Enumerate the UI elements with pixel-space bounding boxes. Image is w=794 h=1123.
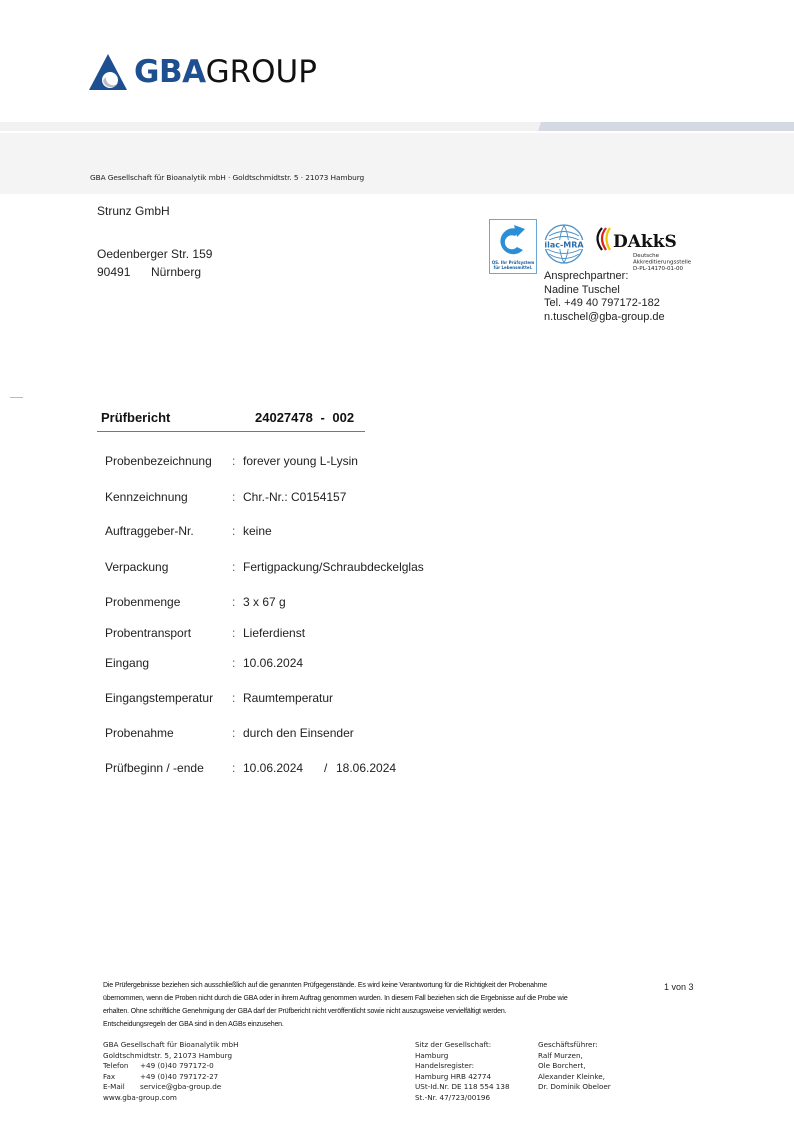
- date-separator: /: [324, 761, 327, 775]
- gba-triangle-icon: [88, 53, 128, 91]
- svg-text:D-PL-14170-01-00: D-PL-14170-01-00: [633, 266, 683, 272]
- footer-seat: Hamburg: [415, 1051, 510, 1062]
- report-number: 24027478 - 002: [255, 410, 354, 425]
- detail-label: Probenahme: [105, 726, 174, 740]
- detail-label: Auftraggeber-Nr.: [105, 524, 194, 538]
- ilac-globe-icon: ilac-MRA: [543, 223, 585, 265]
- detail-colon: :: [232, 761, 235, 775]
- footer-phone: +49 (0)40 797172-0: [140, 1061, 214, 1070]
- disclaimer-line: Entscheidungsregeln der GBA sind in den …: [103, 1021, 284, 1028]
- footer-director: Alexander Kleinke,: [538, 1072, 611, 1083]
- report-title: Prüfbericht: [101, 410, 170, 425]
- detail-value: durch den Einsender: [243, 726, 354, 740]
- footer-company: GBA Gesellschaft für Bioanalytik mbH: [103, 1040, 239, 1051]
- footer-registration-block: Sitz der Gesellschaft: Hamburg Handelsre…: [415, 1040, 510, 1103]
- recipient-zip: 90491: [97, 265, 130, 279]
- footer-fax: +49 (0)40 797172-27: [140, 1072, 218, 1081]
- detail-value: 3 x 67 g: [243, 595, 286, 609]
- detail-label: Prüfbeginn / -ende: [105, 761, 204, 775]
- svg-text:Deutsche: Deutsche: [633, 253, 660, 259]
- page-indicator: 1 von 3: [664, 982, 694, 992]
- footer-director: Ole Borchert,: [538, 1061, 611, 1072]
- recipient-company: Strunz GmbH: [97, 204, 170, 218]
- contact-email[interactable]: n.tuschel@gba-group.de: [544, 311, 665, 323]
- footer-fax-label: Fax: [103, 1072, 140, 1083]
- contact-label: Ansprechpartner:: [544, 270, 628, 282]
- detail-colon: :: [232, 524, 235, 538]
- report-title-divider: [97, 431, 365, 432]
- detail-label: Eingang: [105, 656, 149, 670]
- footer-website[interactable]: www.gba-group.com: [103, 1093, 239, 1104]
- footer-email[interactable]: service@gba-group.de: [140, 1082, 221, 1091]
- dakks-arcs-icon: DAkkS Deutsche Akkreditierungsstelle D-P…: [593, 224, 698, 272]
- detail-value: keine: [243, 524, 272, 538]
- detail-label: Probenmenge: [105, 595, 180, 609]
- test-start-date: 10.06.2024: [243, 761, 303, 775]
- footer-tax: St.-Nr. 47/723/00196: [415, 1093, 510, 1104]
- detail-colon: :: [232, 691, 235, 705]
- detail-colon: :: [232, 560, 235, 574]
- detail-label: Verpackung: [105, 560, 168, 574]
- footer-company-block: GBA Gesellschaft für Bioanalytik mbH Gol…: [103, 1040, 239, 1103]
- header-band-accent: [538, 122, 794, 131]
- brand-name-light: GROUP: [206, 54, 317, 90]
- footer-address: Goldtschmidtstr. 5, 21073 Hamburg: [103, 1051, 239, 1062]
- qs-arrow-icon: QS. Ihr Prüfsystem für Lebensmittel.: [490, 220, 536, 273]
- svg-text:für Lebensmittel.: für Lebensmittel.: [494, 265, 533, 270]
- contact-phone: Tel. +49 40 797172-182: [544, 297, 660, 309]
- detail-label: Kennzeichnung: [105, 490, 188, 504]
- dakks-logo: DAkkS Deutsche Akkreditierungsstelle D-P…: [593, 224, 698, 272]
- qs-certification-logo: QS. Ihr Prüfsystem für Lebensmittel.: [489, 219, 537, 274]
- footer-director: Dr. Dominik Obeloer: [538, 1082, 611, 1093]
- detail-colon: :: [232, 726, 235, 740]
- svg-text:Akkreditierungsstelle: Akkreditierungsstelle: [633, 260, 692, 266]
- detail-colon: :: [232, 595, 235, 609]
- detail-value: forever young L-Lysin: [243, 454, 358, 468]
- footer-director: Ralf Murzen,: [538, 1051, 611, 1062]
- footer-directors-block: Geschäftsführer: Ralf Murzen, Ole Borche…: [538, 1040, 611, 1093]
- svg-text:ilac-MRA: ilac-MRA: [544, 241, 584, 250]
- footer-register-label: Handelsregister:: [415, 1061, 510, 1072]
- detail-colon: :: [232, 490, 235, 504]
- detail-value: Fertigpackung/Schraubdeckelglas: [243, 560, 424, 574]
- ilac-mra-logo: ilac-MRA: [543, 223, 585, 265]
- header-band: [0, 133, 794, 194]
- detail-colon: :: [232, 626, 235, 640]
- detail-label: Probentransport: [105, 626, 191, 640]
- detail-value: 10.06.2024: [243, 656, 303, 670]
- gba-group-logo: GBAGROUP: [88, 52, 317, 92]
- detail-label: Eingangstemperatur: [105, 691, 213, 705]
- footer-directors-label: Geschäftsführer:: [538, 1040, 611, 1051]
- brand-name-bold: GBA: [134, 54, 206, 90]
- detail-colon: :: [232, 454, 235, 468]
- test-end-date: 18.06.2024: [336, 761, 396, 775]
- svg-text:DAkkS: DAkkS: [613, 232, 677, 252]
- footer-email-label: E-Mail: [103, 1082, 140, 1093]
- footer-register: Hamburg HRB 42774: [415, 1072, 510, 1083]
- recipient-street: Oedenberger Str. 159: [97, 247, 212, 261]
- detail-value: Chr.-Nr.: C0154157: [243, 490, 346, 504]
- contact-name: Nadine Tuschel: [544, 284, 620, 296]
- footer-phone-label: Telefon: [103, 1061, 140, 1072]
- detail-value: Lieferdienst: [243, 626, 305, 640]
- disclaimer-line: übernommen, wenn die Proben nicht durch …: [103, 995, 568, 1002]
- disclaimer-line: erhalten. Ohne schriftliche Genehmigung …: [103, 1008, 506, 1015]
- fold-mark: [10, 397, 23, 398]
- recipient-city: Nürnberg: [151, 265, 201, 279]
- disclaimer-line: Die Prüfergebnisse beziehen sich ausschl…: [103, 982, 547, 989]
- sender-address-line: GBA Gesellschaft für Bioanalytik mbH · G…: [90, 173, 364, 182]
- footer-vat: USt-Id.Nr. DE 118 554 138: [415, 1082, 510, 1093]
- detail-label: Probenbezeichnung: [105, 454, 212, 468]
- footer-seat-label: Sitz der Gesellschaft:: [415, 1040, 510, 1051]
- detail-value: Raumtemperatur: [243, 691, 333, 705]
- detail-colon: :: [232, 656, 235, 670]
